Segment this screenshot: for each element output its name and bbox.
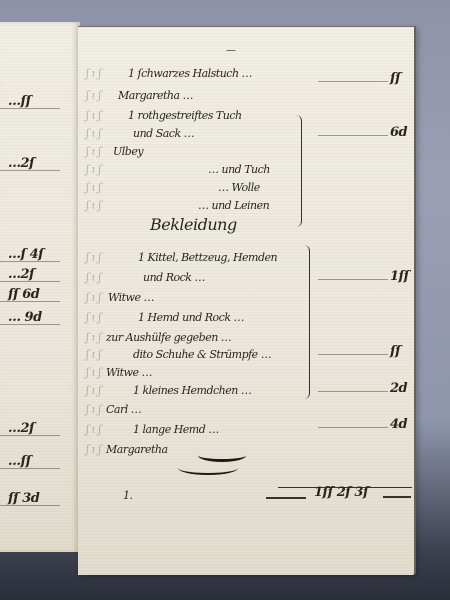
ledger-entry: … Wolle	[218, 181, 260, 194]
left-amount: … 9d	[8, 310, 42, 325]
right-page: — ʃ ɩ ʃ1 ſchwarzes Halstuch …ſſʃ ɩ ʃMarg…	[78, 26, 416, 575]
total-amount: 1ſſ 2ſ 3ſ	[314, 485, 368, 500]
ledger-entry: 1 kleines Hemdchen …	[133, 384, 251, 397]
left-amount: ſſ 3d	[8, 491, 39, 506]
bleed-through-mark: ʃ ɩ ʃ	[86, 181, 101, 194]
ledger-entry: Ulbey	[113, 145, 143, 158]
ledger-entry: Witwe …	[106, 366, 152, 379]
ledger-entry: … und Tuch	[208, 163, 270, 176]
bleed-through-mark: ʃ ɩ ʃ	[86, 109, 101, 122]
bleed-through-mark: ʃ ɩ ʃ	[86, 291, 101, 304]
left-page: …ſſ…2ſ…ſ 4ſ…2ſſſ 6d… 9d…2ſ…ſſſſ 3d	[0, 22, 80, 552]
ink-flourish	[178, 461, 238, 475]
bleed-through-mark: ʃ ɩ ʃ	[86, 145, 101, 158]
bleed-through-mark: ʃ ɩ ʃ	[86, 384, 101, 397]
amount-rule	[318, 81, 388, 82]
total-label: 1.	[123, 489, 133, 502]
left-amount: …ſ 4ſ	[8, 247, 43, 262]
section-bracket	[303, 245, 310, 399]
bleed-through-mark: ʃ ɩ ʃ	[86, 423, 101, 436]
total-dash	[266, 497, 306, 499]
bleed-through-mark: ʃ ɩ ʃ	[86, 271, 101, 284]
ledger-entry: Margaretha	[106, 443, 168, 456]
ledger-entry: Witwe …	[108, 291, 154, 304]
entry-amount: ſſ	[390, 344, 400, 359]
left-amount: …ſſ	[8, 94, 31, 109]
ledger-entry: 1 rothgestreiftes Tuch	[128, 109, 242, 122]
ledger-entry: Carl …	[106, 403, 141, 416]
entry-amount: 2d	[390, 381, 407, 396]
entry-amount: 1ſſ	[390, 269, 409, 284]
entry-amount: 6d	[390, 125, 407, 140]
bleed-through-mark: ʃ ɩ ʃ	[86, 67, 101, 80]
left-amount: …2ſ	[8, 267, 34, 282]
amount-rule	[318, 391, 388, 392]
bleed-through-mark: ʃ ɩ ʃ	[86, 443, 101, 456]
ledger-entry: 1 Kittel, Bettzeug, Hemden	[138, 251, 277, 264]
total-dash	[383, 496, 411, 498]
entry-bracket	[293, 115, 302, 227]
amount-rule	[318, 135, 388, 136]
amount-rule	[318, 279, 388, 280]
bleed-through-mark: ʃ ɩ ʃ	[86, 403, 101, 416]
ledger-entry: 1 lange Hemd …	[133, 423, 219, 436]
bleed-through-mark: ʃ ɩ ʃ	[86, 366, 101, 379]
bleed-through-mark: ʃ ɩ ʃ	[86, 251, 101, 264]
ledger-entry: 1 Hemd und Rock …	[138, 311, 244, 324]
left-amount: ſſ 6d	[8, 287, 39, 302]
ledger-entry: 1 ſchwarzes Halstuch …	[128, 67, 252, 80]
left-amount: …2ſ	[8, 421, 34, 436]
bleed-through-mark: ʃ ɩ ʃ	[86, 127, 101, 140]
amount-rule	[318, 427, 388, 428]
ledger-entry: dito Schuhe & Strümpfe …	[133, 348, 271, 361]
section-heading: Bekleidung	[150, 215, 237, 234]
entry-amount: ſſ	[390, 71, 400, 86]
ledger-entry: … und Leinen	[198, 199, 269, 212]
bleed-through-mark: ʃ ɩ ʃ	[86, 348, 101, 361]
bleed-through-mark: ʃ ɩ ʃ	[86, 163, 101, 176]
ledger-entry: Margaretha …	[118, 89, 193, 102]
left-amount: …ſſ	[8, 454, 31, 469]
amount-rule	[318, 354, 388, 355]
page-mark: —	[226, 45, 236, 56]
bleed-through-mark: ʃ ɩ ʃ	[86, 89, 101, 102]
left-amount: …2ſ	[8, 156, 34, 171]
ledger-entry: und Sack …	[133, 127, 194, 140]
bleed-through-mark: ʃ ɩ ʃ	[86, 199, 101, 212]
entry-amount: 4d	[390, 417, 407, 432]
bleed-through-mark: ʃ ɩ ʃ	[86, 311, 101, 324]
ledger-entry: und Rock …	[143, 271, 205, 284]
ledger-entry: zur Aushülfe gegeben …	[106, 331, 231, 344]
bleed-through-mark: ʃ ɩ ʃ	[86, 331, 101, 344]
